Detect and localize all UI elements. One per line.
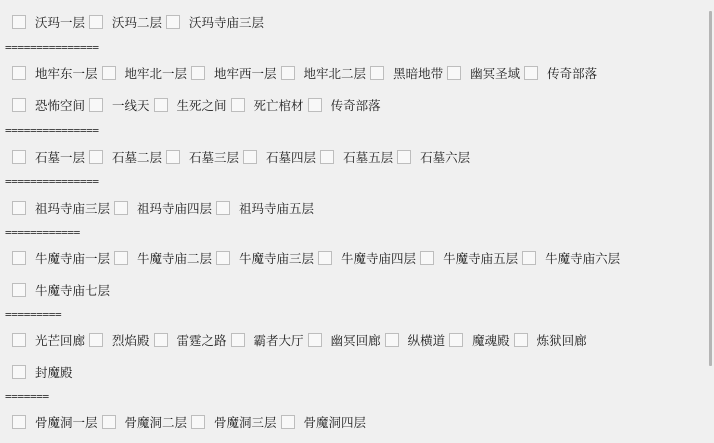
checkbox-label: 石墓二层 — [112, 148, 162, 166]
checkbox-label: 传奇部落 — [547, 64, 597, 82]
map-checkbox-item[interactable]: 雷霆之路 — [154, 331, 227, 349]
checkbox[interactable] — [216, 201, 230, 215]
map-checkbox-item[interactable]: 黑暗地带 — [370, 64, 443, 82]
map-checkbox-item[interactable]: 牛魔寺庙二层 — [114, 249, 212, 267]
map-checkbox-item[interactable]: 牛魔寺庙七层 — [12, 281, 110, 299]
checkbox[interactable] — [370, 66, 384, 80]
map-checkbox-item[interactable]: 骨魔洞一层 — [12, 413, 98, 431]
map-checkbox-item[interactable]: 光芒回廊 — [12, 331, 85, 349]
checkbox-row: 恐怖空间一线天生死之间死亡棺材传奇部落 — [12, 95, 385, 115]
checkbox-label: 骨魔洞二层 — [125, 413, 188, 431]
map-checkbox-item[interactable]: 牛魔寺庙六层 — [522, 249, 620, 267]
checkbox[interactable] — [385, 333, 399, 347]
checkbox-label: 炼狱回廊 — [537, 331, 587, 349]
checkbox[interactable] — [154, 98, 168, 112]
map-checkbox-item[interactable]: 沃玛二层 — [89, 13, 162, 31]
checkbox-label: 牛魔寺庙一层 — [35, 249, 110, 267]
checkbox[interactable] — [12, 283, 26, 297]
checkbox[interactable] — [320, 150, 334, 164]
checkbox-row: 石墓一层石墓二层石墓三层石墓四层石墓五层石墓六层 — [12, 147, 474, 167]
checkbox[interactable] — [102, 415, 116, 429]
map-checkbox-item[interactable]: 骨魔洞三层 — [191, 413, 277, 431]
map-checkbox-item[interactable]: 炼狱回廊 — [514, 331, 587, 349]
checkbox-label: 魔魂殿 — [472, 331, 510, 349]
checkbox[interactable] — [12, 333, 26, 347]
checkbox-label: 光芒回廊 — [35, 331, 85, 349]
checkbox-row: 光芒回廊烈焰殿雷霆之路霸者大厅幽冥回廊纵横道魔魂殿炼狱回廊 — [12, 330, 591, 350]
checkbox-label: 霸者大厅 — [254, 331, 304, 349]
map-checkbox-item[interactable]: 祖玛寺庙五层 — [216, 199, 314, 217]
checkbox-row: 祖玛寺庙三层祖玛寺庙四层祖玛寺庙五层 — [12, 198, 318, 218]
checkbox[interactable] — [89, 98, 103, 112]
checkbox[interactable] — [12, 365, 26, 379]
checkbox[interactable] — [231, 333, 245, 347]
checkbox-label: 牛魔寺庙二层 — [137, 249, 212, 267]
map-checkbox-item[interactable]: 石墓三层 — [166, 148, 239, 166]
checkbox-label: 纵横道 — [408, 331, 446, 349]
checkbox-row: 地牢东一层地牢北一层地牢西一层地牢北二层黑暗地带幽冥圣域传奇部落 — [12, 63, 601, 83]
map-checkbox-item[interactable]: 地牢西一层 — [191, 64, 277, 82]
checkbox[interactable] — [12, 66, 26, 80]
checkbox[interactable] — [114, 251, 128, 265]
map-checkbox-item[interactable]: 幽冥回廊 — [308, 331, 381, 349]
checkbox[interactable] — [166, 15, 180, 29]
map-checkbox-item[interactable]: 沃玛一层 — [12, 13, 85, 31]
checkbox[interactable] — [243, 150, 257, 164]
checkbox[interactable] — [114, 201, 128, 215]
checkbox-label: 牛魔寺庙五层 — [443, 249, 518, 267]
map-checkbox-item[interactable]: 石墓五层 — [320, 148, 393, 166]
map-checkbox-item[interactable]: 石墓四层 — [243, 148, 316, 166]
checkbox[interactable] — [89, 333, 103, 347]
scrollbar-thumb[interactable] — [709, 11, 712, 366]
checkbox-row: 牛魔寺庙一层牛魔寺庙二层牛魔寺庙三层牛魔寺庙四层牛魔寺庙五层牛魔寺庙六层 — [12, 248, 624, 268]
map-checkbox-item[interactable]: 石墓一层 — [12, 148, 85, 166]
checkbox-label: 恐怖空间 — [35, 96, 85, 114]
map-checkbox-item[interactable]: 纵横道 — [385, 331, 446, 349]
checkbox[interactable] — [216, 251, 230, 265]
checkbox-label: 沃玛寺庙三层 — [189, 13, 264, 31]
checkbox-label: 幽冥圣域 — [470, 64, 520, 82]
checkbox[interactable] — [514, 333, 528, 347]
checkbox-label: 沃玛二层 — [112, 13, 162, 31]
checkbox-row: 沃玛一层沃玛二层沃玛寺庙三层 — [12, 12, 268, 32]
checkbox-label: 死亡棺材 — [254, 96, 304, 114]
map-checkbox-item[interactable]: 石墓六层 — [397, 148, 470, 166]
checkbox-label: 祖玛寺庙四层 — [137, 199, 212, 217]
checkbox[interactable] — [89, 15, 103, 29]
checkbox[interactable] — [12, 251, 26, 265]
checkbox-row: 封魔殿 — [12, 362, 77, 382]
group-separator: ========= — [5, 309, 61, 321]
checkbox-row: 骨魔洞一层骨魔洞二层骨魔洞三层骨魔洞四层 — [12, 412, 370, 432]
checkbox-label: 地牢北二层 — [304, 64, 367, 82]
checkbox-label: 牛魔寺庙七层 — [35, 281, 110, 299]
checkbox-label: 地牢北一层 — [125, 64, 188, 82]
checkbox[interactable] — [89, 150, 103, 164]
checkbox-label: 黑暗地带 — [393, 64, 443, 82]
map-checkbox-item[interactable]: 地牢北一层 — [102, 64, 188, 82]
checkbox[interactable] — [12, 201, 26, 215]
checkbox[interactable] — [449, 333, 463, 347]
map-checkbox-item[interactable]: 牛魔寺庙四层 — [318, 249, 416, 267]
map-checkbox-item[interactable]: 恐怖空间 — [12, 96, 85, 114]
map-checkbox-item[interactable]: 牛魔寺庙三层 — [216, 249, 314, 267]
map-checkbox-item[interactable]: 骨魔洞二层 — [102, 413, 188, 431]
map-checkbox-item[interactable]: 牛魔寺庙一层 — [12, 249, 110, 267]
map-checkbox-item[interactable]: 生死之间 — [154, 96, 227, 114]
checkbox-label: 地牢东一层 — [35, 64, 98, 82]
map-checkbox-item[interactable]: 石墓二层 — [89, 148, 162, 166]
checkbox-label: 石墓六层 — [420, 148, 470, 166]
checkbox[interactable] — [308, 98, 322, 112]
map-checkbox-item[interactable]: 魔魂殿 — [449, 331, 510, 349]
checkbox[interactable] — [420, 251, 434, 265]
checkbox-label: 传奇部落 — [331, 96, 381, 114]
map-checkbox-item[interactable]: 祖玛寺庙四层 — [114, 199, 212, 217]
group-separator: ======= — [5, 391, 49, 403]
checkbox[interactable] — [154, 333, 168, 347]
checkbox[interactable] — [281, 415, 295, 429]
checkbox-label: 骨魔洞三层 — [214, 413, 277, 431]
checkbox[interactable] — [397, 150, 411, 164]
group-separator: ============ — [5, 227, 80, 239]
checkbox-label: 牛魔寺庙六层 — [545, 249, 620, 267]
group-separator: =============== — [5, 42, 99, 54]
checkbox[interactable] — [447, 66, 461, 80]
checkbox-label: 石墓一层 — [35, 148, 85, 166]
checkbox[interactable] — [12, 150, 26, 164]
checkbox-label: 石墓四层 — [266, 148, 316, 166]
map-checkbox-item[interactable]: 牛魔寺庙五层 — [420, 249, 518, 267]
checkbox[interactable] — [191, 66, 205, 80]
map-checkbox-item[interactable]: 地牢东一层 — [12, 64, 98, 82]
checkbox-label: 封魔殿 — [35, 363, 73, 381]
checkbox-label: 一线天 — [112, 96, 150, 114]
group-separator: =============== — [5, 176, 99, 188]
map-checkbox-item[interactable]: 地牢北二层 — [281, 64, 367, 82]
checkbox[interactable] — [308, 333, 322, 347]
checkbox[interactable] — [12, 15, 26, 29]
checkbox[interactable] — [524, 66, 538, 80]
map-checkbox-item[interactable]: 幽冥圣域 — [447, 64, 520, 82]
checkbox-label: 骨魔洞一层 — [35, 413, 98, 431]
map-checkbox-item[interactable]: 霸者大厅 — [231, 331, 304, 349]
checkbox-label: 石墓三层 — [189, 148, 239, 166]
group-separator: =============== — [5, 125, 99, 137]
checkbox-label: 牛魔寺庙四层 — [341, 249, 416, 267]
checkbox[interactable] — [231, 98, 245, 112]
checkbox[interactable] — [318, 251, 332, 265]
map-checkbox-item[interactable]: 死亡棺材 — [231, 96, 304, 114]
checkbox-label: 骨魔洞四层 — [304, 413, 367, 431]
checkbox-label: 幽冥回廊 — [331, 331, 381, 349]
checkbox-label: 地牢西一层 — [214, 64, 277, 82]
checkbox[interactable] — [191, 415, 205, 429]
map-checkbox-item[interactable]: 烈焰殿 — [89, 331, 150, 349]
checkbox-label: 烈焰殿 — [112, 331, 150, 349]
checkbox[interactable] — [12, 98, 26, 112]
map-checkbox-item[interactable]: 骨魔洞四层 — [281, 413, 367, 431]
map-checkbox-item[interactable]: 沃玛寺庙三层 — [166, 13, 264, 31]
vertical-scrollbar[interactable] — [706, 0, 714, 443]
checkbox[interactable] — [166, 150, 180, 164]
checkbox-label: 雷霆之路 — [177, 331, 227, 349]
checkbox[interactable] — [102, 66, 116, 80]
map-checkbox-item[interactable]: 祖玛寺庙三层 — [12, 199, 110, 217]
checkbox-label: 生死之间 — [177, 96, 227, 114]
map-checkbox-item[interactable]: 传奇部落 — [308, 96, 381, 114]
checkbox-label: 祖玛寺庙三层 — [35, 199, 110, 217]
checkbox-label: 石墓五层 — [343, 148, 393, 166]
checkbox[interactable] — [522, 251, 536, 265]
map-checkbox-item[interactable]: 传奇部落 — [524, 64, 597, 82]
map-checkbox-item[interactable]: 封魔殿 — [12, 363, 73, 381]
checkbox-label: 沃玛一层 — [35, 13, 85, 31]
map-checkbox-item[interactable]: 一线天 — [89, 96, 150, 114]
checkbox-label: 祖玛寺庙五层 — [239, 199, 314, 217]
checkbox[interactable] — [12, 415, 26, 429]
checkbox[interactable] — [281, 66, 295, 80]
checkbox-label: 牛魔寺庙三层 — [239, 249, 314, 267]
checkbox-row: 牛魔寺庙七层 — [12, 280, 114, 300]
